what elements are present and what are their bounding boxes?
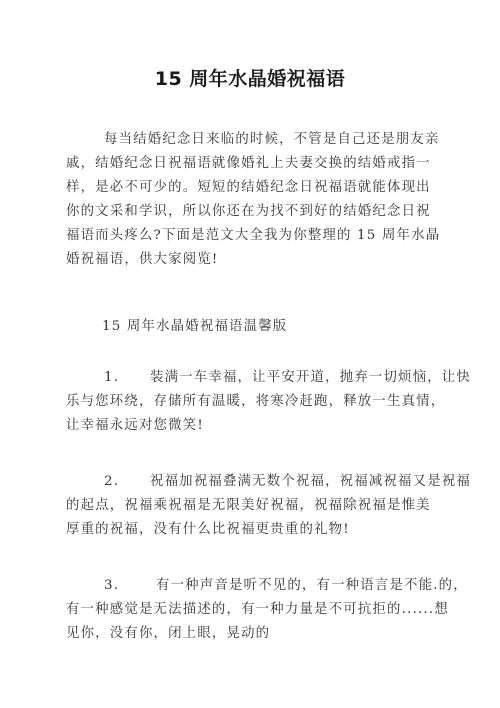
intro-line: 福语而头疼么?下面是范文大全我为你整理的 15 周年水晶 <box>66 224 436 248</box>
wish-number: 1. <box>104 366 150 390</box>
intro-line: 每当结婚纪念日来临的时候，不管是自己还是朋友亲 <box>66 128 436 152</box>
wish-line: 让幸福永远对您微笑! <box>66 414 436 438</box>
intro-line: 你的文采和学识，所以你还在为找不到好的结婚纪念日祝 <box>66 200 436 224</box>
section-subheading: 15 周年水晶婚祝福语温馨版 <box>102 315 287 334</box>
intro-line: 婚祝福语，供大家阅览! <box>66 248 436 272</box>
wish-line: 2.祝福加祝福叠满无数个祝福，祝福减祝福又是祝福 <box>66 470 436 494</box>
wish-line: 厚重的祝福，没有什么比祝福更贵重的礼物! <box>66 518 436 542</box>
wish-item-2: 2.祝福加祝福叠满无数个祝福，祝福减祝福又是祝福 的起点，祝福乘祝福是无限美好祝… <box>66 470 436 542</box>
wish-line: 见你，没有你，闭上眼，晃动的 <box>66 622 436 646</box>
document-page: 15 周年水晶婚祝福语 每当结婚纪念日来临的时候，不管是自己还是朋友亲 戚，结婚… <box>0 0 500 708</box>
intro-paragraph: 每当结婚纪念日来临的时候，不管是自己还是朋友亲 戚，结婚纪念日祝福语就像婚礼上夫… <box>66 128 436 272</box>
document-title: 15 周年水晶婚祝福语 <box>0 64 500 91</box>
wish-item-1: 1.装满一车幸福，让平安开道，抛弃一切烦恼，让快 乐与您环绕，存储所有温暖，将寒… <box>66 366 436 438</box>
wish-number: 3. <box>104 574 156 598</box>
wish-line: 3.有一种声音是听不见的，有一种语言是不能.的， <box>66 574 436 598</box>
wish-item-3: 3.有一种声音是听不见的，有一种语言是不能.的， 有一种感觉是无法描述的，有一种… <box>66 574 436 646</box>
wish-line: 1.装满一车幸福，让平安开道，抛弃一切烦恼，让快 <box>66 366 436 390</box>
wish-number: 2. <box>104 470 150 494</box>
wish-line: 有一种感觉是无法描述的，有一种力量是不可抗拒的......想 <box>66 598 436 622</box>
intro-line: 戚，结婚纪念日祝福语就像婚礼上夫妻交换的结婚戒指一 <box>66 152 436 176</box>
wish-line: 的起点，祝福乘祝福是无限美好祝福，祝福除祝福是惟美 <box>66 494 436 518</box>
intro-line: 样，是必不可少的。短短的结婚纪念日祝福语就能体现出 <box>66 176 436 200</box>
wish-line: 乐与您环绕，存储所有温暖，将寒冷赶跑，释放一生真情， <box>66 390 436 414</box>
